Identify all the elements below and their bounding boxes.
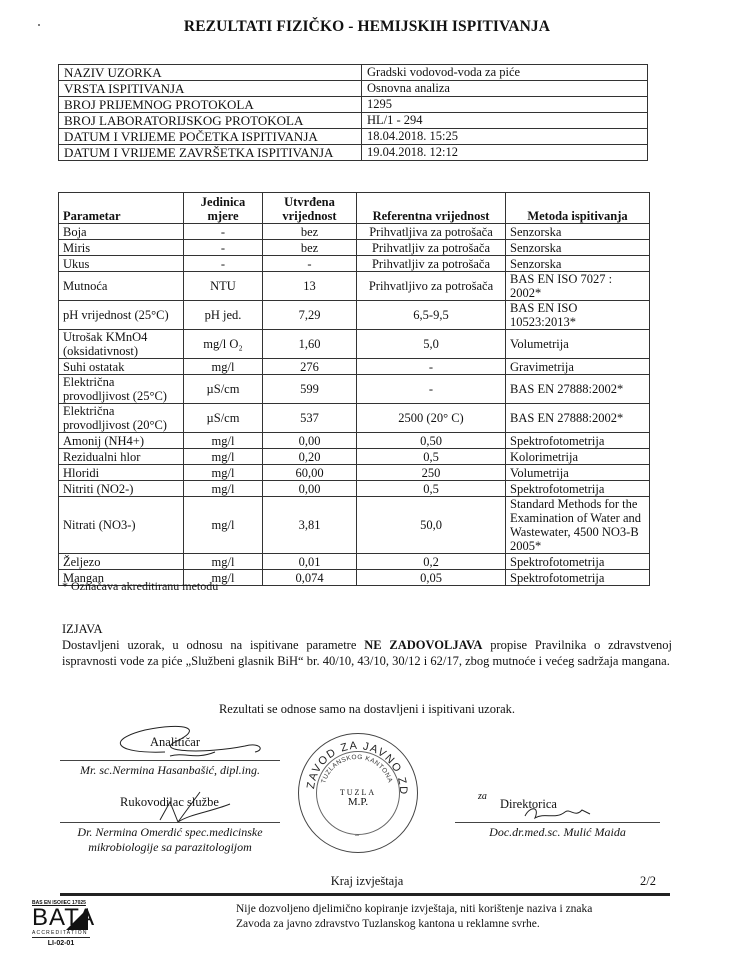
result-method: Spektrofotometrija — [506, 481, 650, 497]
info-label: BROJ LABORATORIJSKOG PROTOKOLA — [59, 113, 362, 129]
result-row: Utrošak KMnO4 (oksidativnost)mg/l O₂1,60… — [59, 330, 650, 359]
result-parameter: Miris — [59, 240, 184, 256]
info-row: DATUM I VRIJEME ZAVRŠETKA ISPITIVANJA19.… — [59, 145, 648, 161]
result-method: Gravimetrija — [506, 359, 650, 375]
result-unit: mg/l — [184, 433, 263, 449]
result-row: Amonij (NH4+)mg/l0,000,50Spektrofotometr… — [59, 433, 650, 449]
result-method: Volumetrija — [506, 465, 650, 481]
result-method: Senzorska — [506, 240, 650, 256]
result-reference: 6,5-9,5 — [357, 301, 506, 330]
result-method: BAS EN 27888:2002* — [506, 404, 650, 433]
info-label: DATUM I VRIJEME POČETKA ISPITIVANJA — [59, 129, 362, 145]
result-unit: NTU — [184, 272, 263, 301]
director-name: Doc.dr.med.sc. Mulić Maida — [455, 825, 660, 840]
info-value: 1295 — [362, 97, 648, 113]
analyst-name: Mr. sc.Nermina Hasanbašić, dipl.ing. — [60, 763, 280, 778]
footer-divider — [60, 893, 670, 896]
result-method: BAS EN 27888:2002* — [506, 375, 650, 404]
info-label: NAZIV UZORKA — [59, 65, 362, 81]
result-value: 13 — [263, 272, 357, 301]
result-parameter: Željezo — [59, 554, 184, 570]
result-value: 1,60 — [263, 330, 357, 359]
result-reference: 0,5 — [357, 449, 506, 465]
result-row: Nitriti (NO2-)mg/l0,000,5Spektrofotometr… — [59, 481, 650, 497]
result-value: 0,074 — [263, 570, 357, 586]
result-method: Spektrofotometrija — [506, 433, 650, 449]
stamp-mark: M.P. — [330, 796, 386, 808]
result-method: Volumetrija — [506, 330, 650, 359]
result-row: Boja-bezPrihvatljiva za potrošačaSenzors… — [59, 224, 650, 240]
result-row: Miris-bezPrihvatljiv za potrošačaSenzors… — [59, 240, 650, 256]
accreditation-label: ACCREDITATION — [32, 930, 90, 938]
info-value: 18.04.2018. 15:25 — [362, 129, 648, 145]
result-value: 7,29 — [263, 301, 357, 330]
director-prefix: za — [478, 791, 487, 802]
analyst-signature-line — [60, 760, 280, 761]
document-title: REZULTATI FIZIČKO - HEMIJSKIH ISPITIVANJ… — [0, 18, 734, 36]
info-label: BROJ PRIJEMNOG PROTOKOLA — [59, 97, 362, 113]
info-row: DATUM I VRIJEME POČETKA ISPITIVANJA18.04… — [59, 129, 648, 145]
statement-text-before: Dostavljeni uzorak, u odnosu na ispitiva… — [62, 638, 364, 652]
result-row: Rezidualni hlormg/l0,200,5Kolorimetrija — [59, 449, 650, 465]
result-parameter: Amonij (NH4+) — [59, 433, 184, 449]
result-reference: 250 — [357, 465, 506, 481]
head-role: Rukovodilac službe — [120, 795, 219, 810]
result-unit: - — [184, 224, 263, 240]
result-unit: - — [184, 256, 263, 272]
result-reference: 50,0 — [357, 497, 506, 554]
result-method: Standard Methods for the Examination of … — [506, 497, 650, 554]
info-label: VRSTA ISPITIVANJA — [59, 81, 362, 97]
info-value: HL/1 - 294 — [362, 113, 648, 129]
result-value: 276 — [263, 359, 357, 375]
result-parameter: Mutnoća — [59, 272, 184, 301]
analyst-role: Analitičar — [150, 735, 200, 750]
result-reference: - — [357, 375, 506, 404]
result-method: Kolorimetrija — [506, 449, 650, 465]
result-value: bez — [263, 240, 357, 256]
bata-wordmark: BATA — [32, 906, 90, 930]
info-value: 19.04.2018. 12:12 — [362, 145, 648, 161]
header-method: Metoda ispitivanja — [506, 193, 650, 224]
result-reference: Prihvatljivo za potrošača — [357, 272, 506, 301]
result-parameter: Hloridi — [59, 465, 184, 481]
results-table: Parametar Jedinica mjere Utvrđena vrijed… — [58, 192, 650, 586]
result-parameter: Ukus — [59, 256, 184, 272]
info-value: Osnovna analiza — [362, 81, 648, 97]
result-value: 0,20 — [263, 449, 357, 465]
result-method: BAS EN ISO 7027 : 2002* — [506, 272, 650, 301]
result-unit: mg/l O₂ — [184, 330, 263, 359]
end-of-report-label: Kraj izvještaja — [0, 874, 734, 889]
result-reference: Prihvatljiva za potrošača — [357, 224, 506, 240]
accreditation-code: LI-02-01 — [32, 940, 90, 947]
result-unit: mg/l — [184, 465, 263, 481]
footer-disclaimer: Nije dozvoljeno djelimično kopiranje izv… — [236, 902, 592, 932]
result-value: 599 — [263, 375, 357, 404]
result-parameter: Suhi ostatak — [59, 359, 184, 375]
head-signature-line — [60, 822, 280, 823]
result-parameter: Boja — [59, 224, 184, 240]
info-row: BROJ LABORATORIJSKOG PROTOKOLAHL/1 - 294 — [59, 113, 648, 129]
result-method: Spektrofotometrija — [506, 570, 650, 586]
result-method: Senzorska — [506, 224, 650, 240]
result-reference: - — [357, 359, 506, 375]
result-method: Senzorska — [506, 256, 650, 272]
result-reference: Prihvatljiv za potrošača — [357, 256, 506, 272]
accreditation-logo: BAS EN ISO/IEC 17025 BATA ACCREDITATION … — [32, 900, 90, 947]
footer-disclaimer-line2: Zavoda za javno zdravstvo Tuzlanskog kan… — [236, 918, 540, 930]
header-parameter: Parametar — [59, 193, 184, 224]
result-row: Ukus--Prihvatljiv za potrošačaSenzorska — [59, 256, 650, 272]
result-row: Suhi ostatakmg/l276-Gravimetrija — [59, 359, 650, 375]
results-note: Rezultati se odnose samo na dostavljeni … — [0, 702, 734, 717]
header-value: Utvrđena vrijednost — [263, 193, 357, 224]
result-reference: 0,5 — [357, 481, 506, 497]
result-value: - — [263, 256, 357, 272]
result-parameter: Električna provodljivost (20°C) — [59, 404, 184, 433]
result-reference: 5,0 — [357, 330, 506, 359]
info-row: VRSTA ISPITIVANJAOsnovna analiza — [59, 81, 648, 97]
result-row: pH vrijednost (25°C)pH jed.7,296,5-9,5BA… — [59, 301, 650, 330]
result-parameter: Utrošak KMnO4 (oksidativnost) — [59, 330, 184, 359]
result-reference: Prihvatljiv za potrošača — [357, 240, 506, 256]
result-parameter: Električna provodljivost (25°C) — [59, 375, 184, 404]
result-value: 537 — [263, 404, 357, 433]
result-parameter: pH vrijednost (25°C) — [59, 301, 184, 330]
result-row: Hloridimg/l60,00250Volumetrija — [59, 465, 650, 481]
result-unit: mg/l — [184, 481, 263, 497]
result-value: 3,81 — [263, 497, 357, 554]
result-method: Spektrofotometrija — [506, 554, 650, 570]
header-reference: Referentna vrijednost — [357, 193, 506, 224]
result-unit: mg/l — [184, 359, 263, 375]
sample-info-table: NAZIV UZORKAGradski vodovod-voda za piće… — [58, 64, 648, 161]
director-signature-scribble — [520, 804, 600, 824]
results-header-row: Parametar Jedinica mjere Utvrđena vrijed… — [59, 193, 650, 224]
result-unit: pH jed. — [184, 301, 263, 330]
result-unit: mg/l — [184, 449, 263, 465]
info-value: Gradski vodovod-voda za piće — [362, 65, 648, 81]
head-name-line2: mikrobiologije sa parazitologijom — [88, 840, 252, 854]
result-unit: µS/cm — [184, 375, 263, 404]
result-value: 60,00 — [263, 465, 357, 481]
result-row: Željezomg/l0,010,2Spektrofotometrija — [59, 554, 650, 570]
accreditation-footnote: * Označava akreditiranu metodu — [62, 579, 218, 594]
result-reference: 0,05 — [357, 570, 506, 586]
result-row: Električna provodljivost (25°C)µS/cm599-… — [59, 375, 650, 404]
info-label: DATUM I VRIJEME ZAVRŠETKA ISPITIVANJA — [59, 145, 362, 161]
statement-text: Dostavljeni uzorak, u odnosu na ispitiva… — [62, 637, 672, 669]
result-value: 0,00 — [263, 433, 357, 449]
result-value: bez — [263, 224, 357, 240]
head-name-line1: Dr. Nermina Omerdić spec.medicinske — [77, 825, 262, 839]
statement-title: IZJAVA — [62, 622, 103, 637]
result-row: Nitrati (NO3-)mg/l3,8150,0Standard Metho… — [59, 497, 650, 554]
result-unit: mg/l — [184, 497, 263, 554]
result-unit: mg/l — [184, 554, 263, 570]
footer-disclaimer-line1: Nije dozvoljeno djelimično kopiranje izv… — [236, 903, 592, 915]
statement-verdict: NE ZADOVOLJAVA — [364, 638, 482, 652]
info-row: NAZIV UZORKAGradski vodovod-voda za piće — [59, 65, 648, 81]
result-unit: - — [184, 240, 263, 256]
result-unit: µS/cm — [184, 404, 263, 433]
result-parameter: Nitriti (NO2-) — [59, 481, 184, 497]
page-number: 2/2 — [640, 874, 656, 889]
result-parameter: Rezidualni hlor — [59, 449, 184, 465]
result-reference: 0,2 — [357, 554, 506, 570]
head-name: Dr. Nermina Omerdić spec.medicinskemikro… — [60, 825, 280, 855]
result-value: 0,01 — [263, 554, 357, 570]
bata-triangle-icon — [66, 908, 88, 930]
result-reference: 0,50 — [357, 433, 506, 449]
svg-text:ZAVOD ZA JAVNO ZDRAVSTVO: ZAVOD ZA JAVNO ZDRAVSTVO — [298, 733, 409, 796]
header-unit: Jedinica mjere — [184, 193, 263, 224]
result-parameter: Nitrati (NO3-) — [59, 497, 184, 554]
svg-text:–: – — [354, 830, 360, 839]
result-reference: 2500 (20° C) — [357, 404, 506, 433]
director-signature-line — [455, 822, 660, 823]
result-row: Električna provodljivost (20°C)µS/cm5372… — [59, 404, 650, 433]
result-value: 0,00 — [263, 481, 357, 497]
info-row: BROJ PRIJEMNOG PROTOKOLA1295 — [59, 97, 648, 113]
result-row: MutnoćaNTU13Prihvatljivo za potrošačaBAS… — [59, 272, 650, 301]
result-method: BAS EN ISO 10523:2013* — [506, 301, 650, 330]
